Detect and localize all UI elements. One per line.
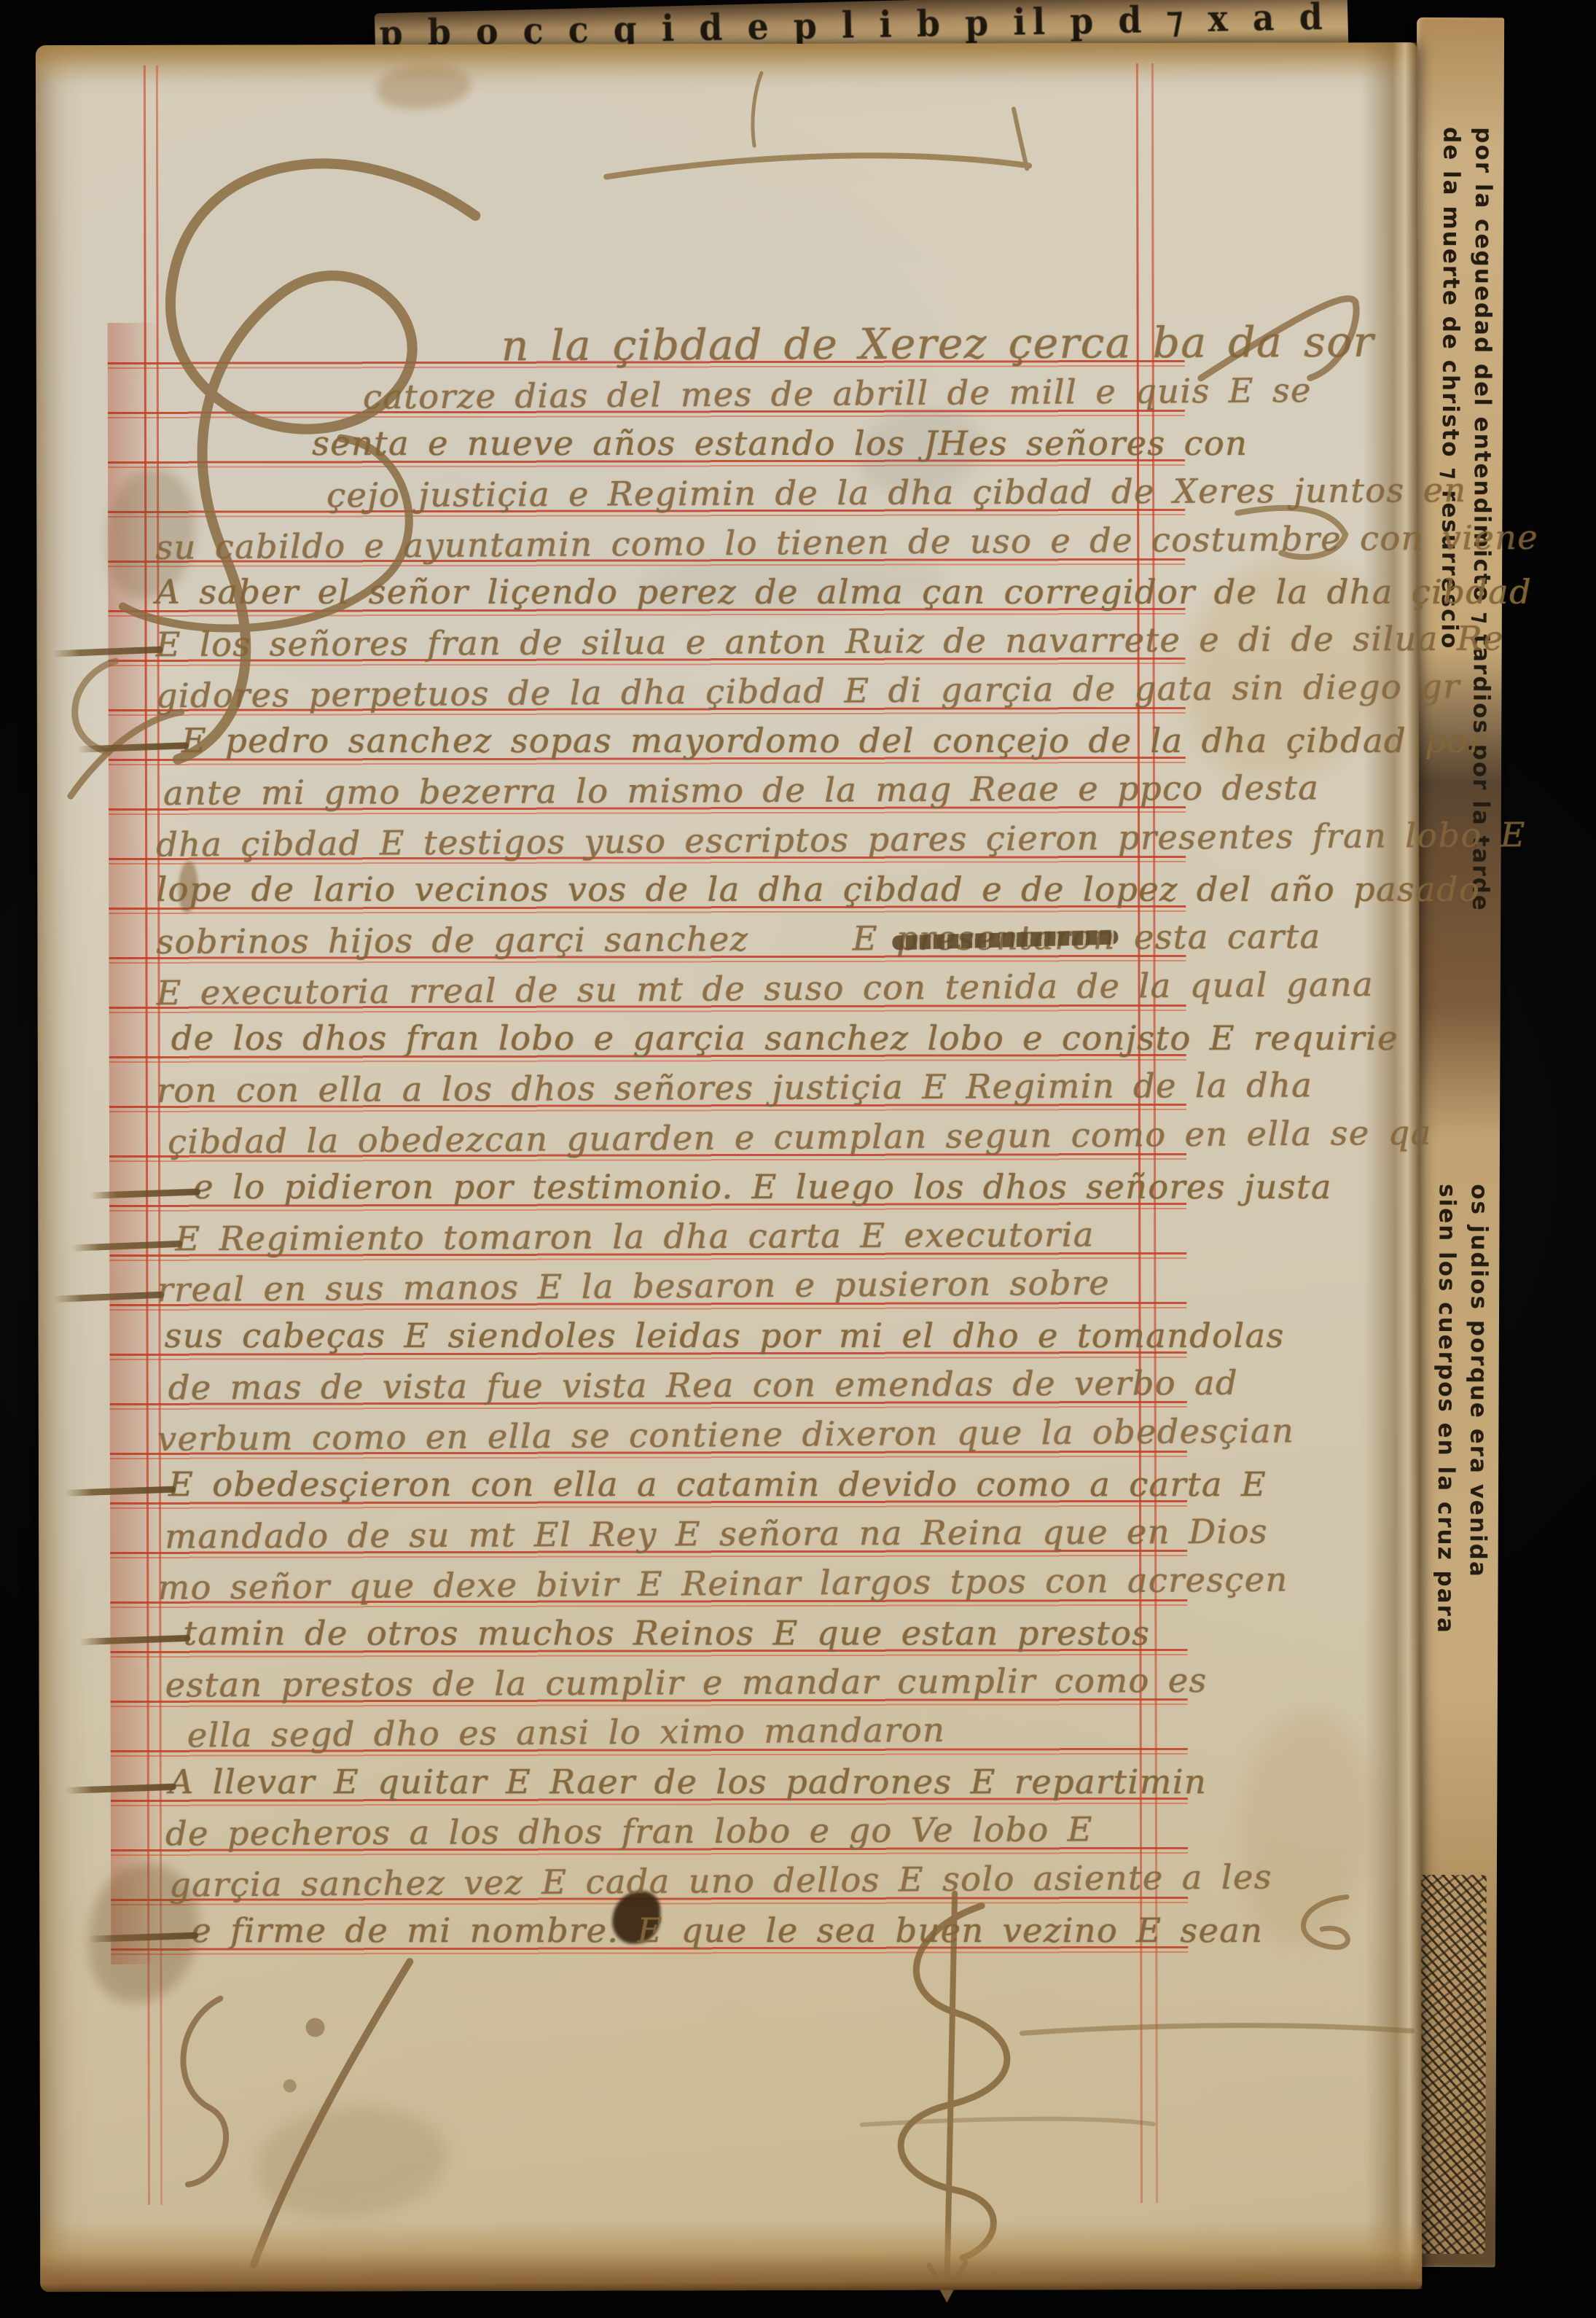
manuscript-photo: p b o ç c q i d e p l i b p il p d ⁊ x a…	[0, 0, 1596, 2318]
manuscript-line: lope de lario vecinos vos de la dha çibd…	[156, 867, 1480, 913]
manuscript-line: estan prestos de la cumplir e mandar cum…	[165, 1658, 1207, 1709]
manuscript-line: E obedesçieron con ella a catamin devido…	[168, 1462, 1267, 1508]
scene: p b o ç c q i d e p l i b p il p d ⁊ x a…	[0, 0, 1596, 2318]
manuscript-line: verbum como en ella se contiene dixeron …	[157, 1408, 1295, 1462]
manuscript-text-block: E n la çibdad de Xerez çerca ba da sorca…	[0, 0, 1596, 2318]
manuscript-line: mo señor que dexe bivir E Reinar largos …	[157, 1557, 1288, 1612]
manuscript-line: e firme de mi nombre. E que le sea buen …	[191, 1908, 1263, 1954]
manuscript-line: su cabildo e ayuntamin como lo tienen de…	[155, 515, 1538, 571]
manuscript-line: e lo pidieron por testimonio. E luego lo…	[193, 1164, 1332, 1211]
manuscript-line: sus cabeças E siendoles leidas por mi el…	[165, 1313, 1285, 1359]
manuscript-line: ante mi gmo bezerra lo mismo de la mag R…	[163, 765, 1319, 816]
manuscript-line: senta e nueve años estando los JHes seño…	[312, 421, 1248, 467]
manuscript-line: sobrinos hijos de garçi sanchez E presen…	[156, 913, 1321, 966]
manuscript-line: E executoria rreal de su mt de suso con …	[156, 961, 1374, 1017]
manuscript-line: ella segd dho es ansi lo ximo mandaron	[187, 1707, 945, 1760]
manuscript-line: rreal en sus manos E la besaron e pusier…	[157, 1260, 1110, 1314]
manuscript-line: çejo justiçia e Regimin de la dha çibdad…	[326, 467, 1467, 519]
manuscript-line: E los señores fran de silua e anton Ruiz…	[155, 616, 1503, 669]
manuscript-line: E pedro sanchez sopas mayordomo del conç…	[181, 718, 1486, 765]
manuscript-line: çibdad la obedezcan guarden e cumplan se…	[168, 1110, 1432, 1166]
manuscript-line: de mas de vista fue vista Rea con emenda…	[168, 1360, 1238, 1412]
manuscript-line: mandado de su mt El Rey E señora na Rein…	[165, 1509, 1268, 1561]
manuscript-line: tamin de otros muchos Reinos E que estan…	[183, 1610, 1150, 1657]
manuscript-line: catorze dias del mes de abrill de mill e…	[363, 367, 1312, 421]
manuscript-line: garçia sanchez vez E cada uno dellos E s…	[169, 1854, 1272, 1909]
manuscript-line: ron con ella a los dhos señores justiçia…	[157, 1062, 1313, 1114]
manuscript-line: de pecheros a los dhos fran lobo e go Ve…	[165, 1806, 1093, 1857]
manuscript-line: A saber el señor liçendo perez de alma ç…	[155, 569, 1532, 616]
manuscript-line: de los dhos fran lobo e garçia sanchez l…	[171, 1015, 1399, 1062]
manuscript-line: E Regimiento tomaron la dha carta E exec…	[175, 1211, 1095, 1263]
manuscript-line: gidores perpetuos de la dha çibdad E di …	[155, 663, 1460, 719]
manuscript-line: A llevar E quitar E Raer de los padrones…	[169, 1759, 1207, 1806]
page-bottom-edge	[40, 2219, 1422, 2292]
manuscript-line: dha çibdad E testigos yuso escriptos par…	[156, 812, 1526, 869]
manuscript-line: n la çibdad de Xerez çerca ba da sor	[501, 319, 1374, 370]
